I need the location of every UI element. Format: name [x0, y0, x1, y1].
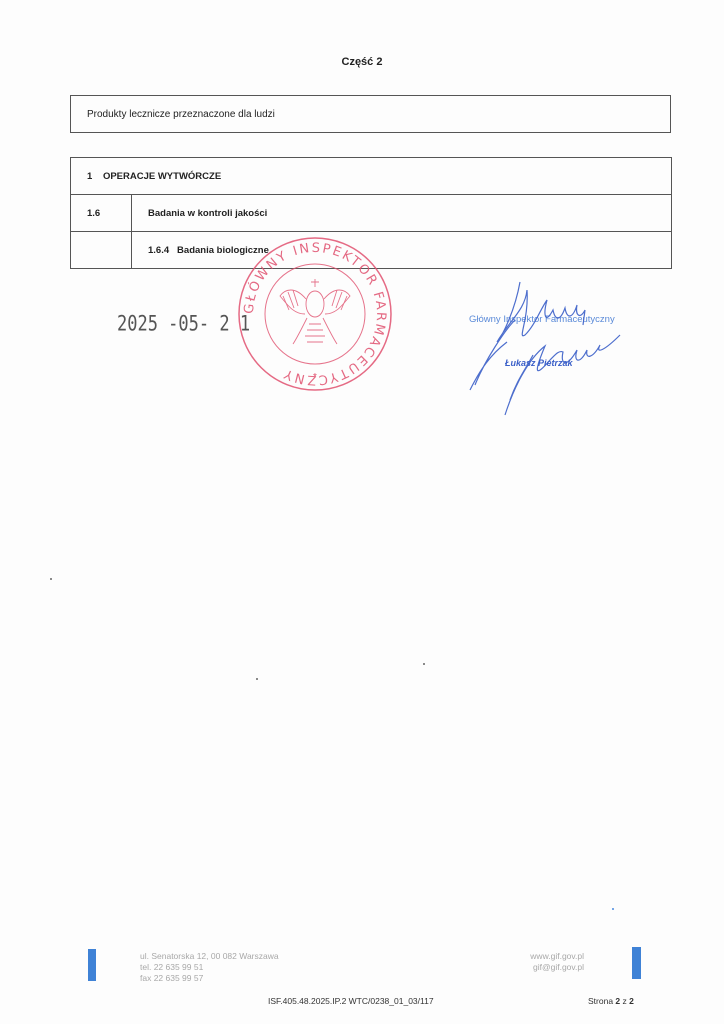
scan-speck — [423, 663, 425, 665]
footer-accent-bar-right — [632, 947, 641, 979]
product-category-box: Produkty lecznicze przeznaczone dla ludz… — [70, 95, 671, 133]
svg-text:GŁÓWNY INSPEKTOR FARMACEUTYCZN: GŁÓWNY INSPEKTOR FARMACEUTYCZNY — [242, 241, 388, 387]
official-seal-icon: GŁÓWNY INSPEKTOR FARMACEUTYCZNY * — [235, 234, 395, 394]
scan-speck — [256, 678, 258, 680]
page-number: Strona 2 z 2 — [588, 996, 634, 1006]
handwritten-signature-icon — [455, 280, 655, 425]
website-link[interactable]: www.gif.gov.pl — [480, 951, 584, 962]
footer-accent-bar-left — [88, 949, 96, 981]
scan-speck — [612, 908, 614, 910]
signature-block: Główny Inspektor Farmaceutyczny Łukasz P… — [455, 280, 655, 425]
row-label: Badania w kontroli jakości — [132, 195, 672, 232]
row-number: 1.6 — [71, 195, 132, 232]
table-header-row: 1 OPERACJE WYTWÓRCZE — [71, 158, 672, 195]
footer-contact: www.gif.gov.pl gif@gif.gov.pl — [480, 951, 584, 973]
document-reference: ISF.405.48.2025.IP.2 WTC/0238_01_03/117 — [268, 996, 434, 1006]
scan-speck — [50, 578, 52, 580]
operations-header: 1 OPERACJE WYTWÓRCZE — [71, 158, 672, 195]
date-stamp: 2025 -05- 2 1 — [117, 312, 250, 337]
row-number — [71, 232, 132, 269]
email-link[interactable]: gif@gif.gov.pl — [480, 962, 584, 973]
svg-text:*: * — [313, 372, 317, 383]
section-title: Część 2 — [0, 56, 724, 68]
table-row: 1.6 Badania w kontroli jakości — [71, 195, 672, 232]
footer-address: ul. Senatorska 12, 00 082 Warszawa tel. … — [140, 951, 279, 984]
row-label: 1.6.4 Badania biologiczne — [132, 232, 672, 269]
product-category: Produkty lecznicze przeznaczone dla ludz… — [87, 109, 275, 120]
